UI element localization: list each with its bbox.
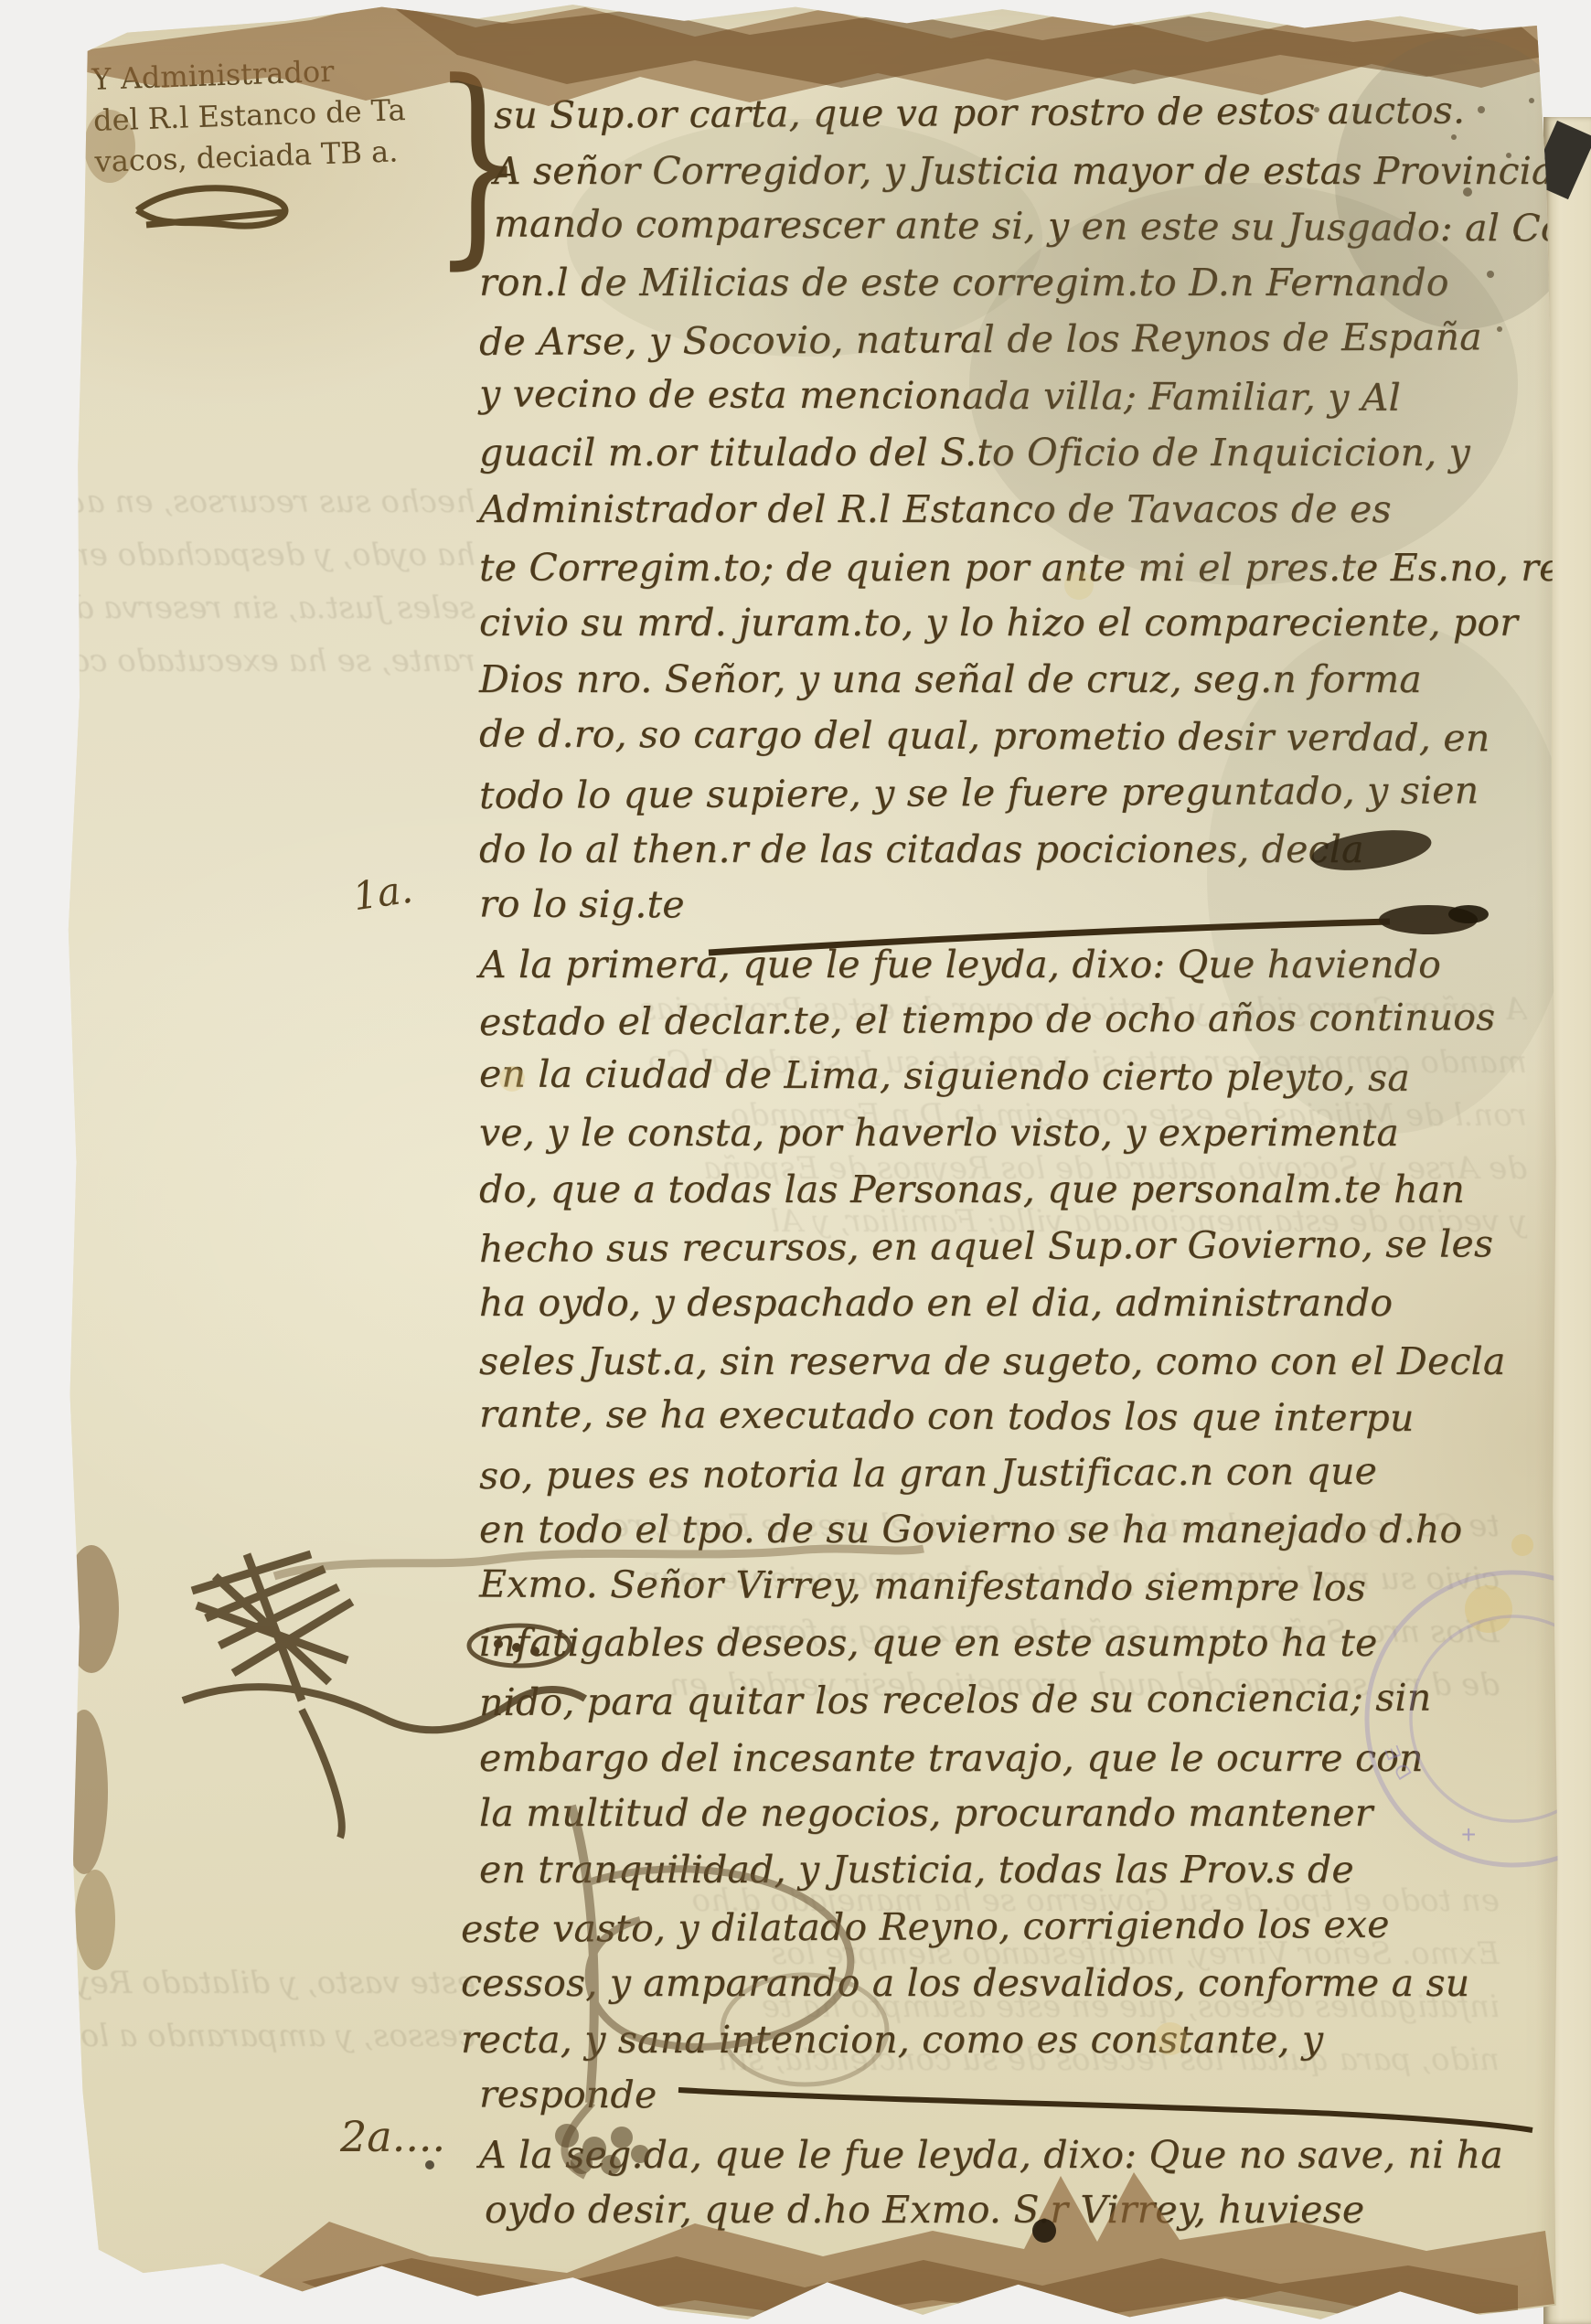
edge-stain — [60, 1710, 108, 1874]
manuscript-line: hecho sus recursos, en aquel Sup.or Govi… — [479, 1215, 1549, 1277]
manuscript-line: ron.l de Milicias de este corregim.to D.… — [479, 254, 1549, 311]
bleedthrough-line: ha oydo, y despachado en el dia, adminis… — [46, 528, 475, 581]
manuscript-line: so, pues es notoria la gran Justificac.n… — [479, 1442, 1549, 1504]
paragraph-mark-second: 2a.... — [340, 2112, 445, 2161]
manuscript-line: ha oydo, y despachado en el dia, adminis… — [479, 1274, 1549, 1331]
manuscript-line: A la primera, que le fue leyda, dixo: Qu… — [479, 936, 1549, 993]
bleedthrough-line: cessos, y amparando a los desvalidos, co… — [46, 2010, 475, 2063]
manuscript-line: seles Just.a, sin reserva de sugeto, com… — [479, 1333, 1549, 1390]
manuscript-line: Exmo. Señor Virrey, manifestando siempre… — [479, 1555, 1549, 1616]
bleedthrough-line: hecho sus recursos, en aquel Sup.or Govi… — [46, 475, 475, 528]
manuscript-line: cessos, y amparando a los desvalidos, co… — [461, 1955, 1549, 2011]
manuscript-line: ve, y le consta, por haverlo visto, y ex… — [479, 1104, 1549, 1161]
manuscript-line: do lo al then.r de las citadas pocicione… — [479, 821, 1549, 878]
bottom-stain-dark — [302, 2256, 1518, 2320]
manuscript-line: A señor Corregidor, y Justicia mayor de … — [494, 143, 1549, 199]
manuscript-line: y vecino de esta mencionada villa; Famil… — [479, 365, 1549, 426]
main-text: su Sup.or carta, que va por rostro de es… — [479, 84, 1549, 2238]
bleedthrough-line: rante, se ha executado con todos los que… — [46, 634, 475, 688]
manuscript-line: en todo el tpo. de su Govierno se ha man… — [479, 1501, 1549, 1558]
paragraph-mark-first: 1a. — [350, 867, 415, 920]
manuscript-line: guacil m.or titulado del S.to Oficio de … — [479, 424, 1549, 481]
edge-stain — [75, 1870, 115, 1970]
margin-annotation: Y Administrador del R.l Estanco de Ta va… — [91, 47, 461, 183]
manuscript-line: oydo desir, que d.ho Exmo. S.r Virrey, h… — [485, 2181, 1549, 2238]
bleedthrough-text: hecho sus recursos, en aquel Sup.or Govi… — [46, 475, 475, 688]
manuscript-line: nido, para quitar los recelos de su conc… — [479, 1668, 1549, 1731]
manuscript-line: en tranquilidad, y Justicia, todas las P… — [479, 1841, 1549, 1898]
bleedthrough-line: seles Just.a, sin reserva de sugeto, com… — [46, 581, 475, 634]
manuscript-line: civio su mrd. juram.to, y lo hizo el com… — [479, 594, 1549, 651]
bleedthrough-line: este vasto, y dilatado Reyno, corrigiend… — [46, 1956, 475, 2010]
manuscript-line: rante, se ha executado con todos los que… — [479, 1385, 1549, 1446]
manuscript-line: su Sup.or carta, que va por rostro de es… — [494, 81, 1549, 144]
bleedthrough-text: este vasto, y dilatado Reyno, corrigiend… — [46, 1956, 475, 2063]
manuscript-line: ro lo sig.te — [479, 875, 1549, 936]
manuscript-line: embargo del incesante travajo, que le oc… — [479, 1730, 1549, 1786]
manuscript-line: de Arse, y Socovio, natural de los Reyno… — [479, 308, 1549, 370]
manuscript-line: responde — [479, 2065, 1549, 2127]
manuscript-line: este vasto, y dilatado Reyno, corrigiend… — [461, 1895, 1549, 1957]
top-stain-dark — [393, 7, 1554, 88]
manuscript-line: recta, y sana intencion, como es constan… — [461, 2011, 1549, 2068]
manuscript-line: estado el declar.te, el tiempo de ocho a… — [479, 988, 1549, 1050]
manuscript-line: todo lo que supiere, y se le fuere pregu… — [479, 762, 1549, 824]
manuscript-page: hecho sus recursos, en aquel Sup.or Govi… — [0, 0, 1591, 2324]
ink-blot-small — [425, 2160, 434, 2169]
manuscript-line: do, que a todas las Personas, que person… — [479, 1161, 1549, 1218]
manuscript-line: A la seg.da, que le fue leyda, dixo: Que… — [479, 2127, 1549, 2183]
edge-stain — [64, 1545, 119, 1673]
scanned-manuscript: { "document": { "type": "aged handwritte… — [0, 0, 1591, 2324]
manuscript-line: infatigables deseos, que en este asumpto… — [479, 1615, 1549, 1671]
manuscript-line: mando comparescer ante si, y en este su … — [494, 195, 1549, 256]
manuscript-line: en la ciudad de Lima, siguiendo cierto p… — [479, 1045, 1549, 1106]
manuscript-line: la multitud de negocios, procurando mant… — [479, 1785, 1549, 1841]
manuscript-line: Administrador del R.l Estanco de Tavacos… — [479, 481, 1549, 538]
manuscript-line: te Corregim.to; de quien por ante mi el … — [479, 539, 1549, 596]
margin-rubric-flourish — [137, 188, 285, 226]
manuscript-line: Dios nro. Señor, y una señal de cruz, se… — [479, 651, 1549, 708]
manuscript-line: de d.ro, so cargo del qual, prometio des… — [479, 705, 1549, 766]
